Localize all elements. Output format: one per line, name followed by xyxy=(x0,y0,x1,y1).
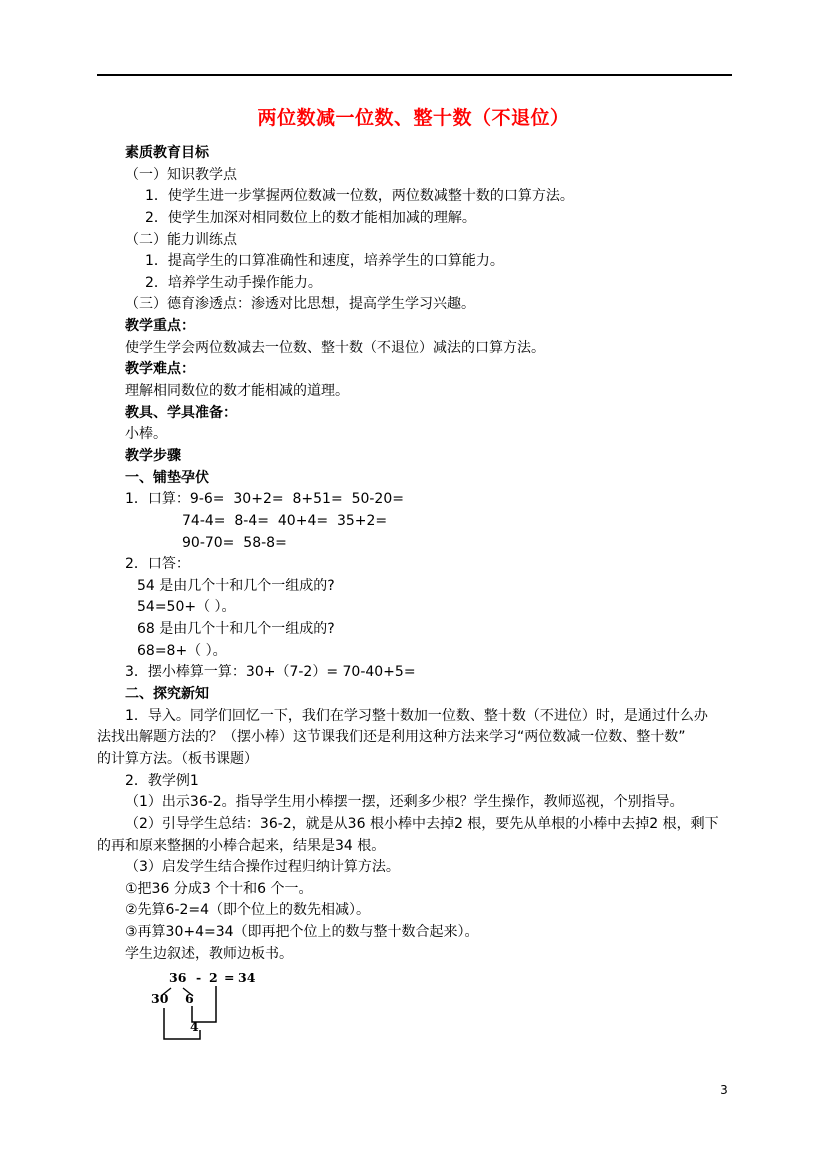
document-page: 两位数减一位数、整十数（不退位） 素质教育目标 （一）知识教学点 1．使学生进一… xyxy=(0,0,827,1170)
diagram-partial-result: 4 xyxy=(190,1021,199,1033)
doc-line: 2．口答： xyxy=(97,554,757,576)
diagram-ones-part: 6 xyxy=(185,993,194,1005)
doc-line: 2．培养学生动手操作能力。 xyxy=(97,273,757,295)
doc-line: 68 是由几个十和几个一组成的? xyxy=(97,619,757,641)
doc-line: 54 是由几个十和几个一组成的? xyxy=(97,576,757,598)
doc-line: 68=8+（ ）。 xyxy=(97,641,757,663)
doc-line: 的计算方法。（板书课题） xyxy=(97,749,757,771)
doc-line: ①把36 分成3 个十和6 个一。 xyxy=(97,879,757,901)
doc-line: （1）出示36-2。指导学生用小棒摆一摆，还剩多少根？学生操作，教师巡视，个别指… xyxy=(97,792,757,814)
doc-line: （二）能力训练点 xyxy=(97,230,757,252)
doc-line: 法找出解题方法的？（摆小棒）这节课我们还是利用这种方法来学习“两位数减一位数、整… xyxy=(97,727,757,749)
doc-line: （3）启发学生结合操作过程归纳计算方法。 xyxy=(97,857,757,879)
doc-line: 使学生学会两位数减去一位数、整十数（不退位）减法的口算方法。 xyxy=(97,338,757,360)
doc-line: （三）德育渗透点：渗透对比思想，提高学生学习兴趣。 xyxy=(97,294,757,316)
doc-line: 2．使学生加深对相同数位上的数才能相加减的理解。 xyxy=(97,208,757,230)
doc-line: 理解相同数位的数才能相减的道理。 xyxy=(97,381,757,403)
doc-line: 素质教育目标 xyxy=(97,143,757,165)
doc-line: 教学步骤 xyxy=(97,446,757,468)
doc-line: 1．使学生进一步掌握两位数减一位数，两位数减整十数的口算方法。 xyxy=(97,186,757,208)
doc-line: 学生边叙述，教师边板书。 xyxy=(97,944,757,966)
doc-line: 3．摆小棒算一算：30+（7-2）= 70-40+5= xyxy=(97,662,757,684)
number-bond-connector-lines xyxy=(97,966,287,1061)
page-title: 两位数减一位数、整十数（不退位） xyxy=(0,103,827,130)
doc-line: 小棒。 xyxy=(97,424,757,446)
doc-line: 1．导入。同学们回忆一下，我们在学习整十数加一位数、整十数（不进位）时，是通过什… xyxy=(97,706,757,728)
diagram-minus-sign: - xyxy=(196,972,201,984)
doc-line: 二、探究新知 xyxy=(97,684,757,706)
doc-line: 教学重点： xyxy=(97,316,757,338)
diagram-minuend: 36 xyxy=(169,972,186,984)
doc-line: 的再和原来整捆的小棒合起来，结果是34 根。 xyxy=(97,836,757,858)
number-bond-diagram: 36 - 2 = 34 30 6 4 xyxy=(97,966,287,1061)
page-number: 3 xyxy=(716,1083,732,1097)
doc-line: 教学难点： xyxy=(97,359,757,381)
header-divider-line xyxy=(97,74,732,76)
doc-line: （一）知识教学点 xyxy=(97,165,757,187)
document-body: 素质教育目标 （一）知识教学点 1．使学生进一步掌握两位数减一位数，两位数减整十… xyxy=(97,143,757,965)
doc-line: 一、铺垫孕伏 xyxy=(97,468,757,490)
doc-line: 1．口算：9-6= 30+2= 8+51= 50-20= xyxy=(97,489,757,511)
doc-line: 教具、学具准备： xyxy=(97,403,757,425)
doc-line: ②先算6-2=4（即个位上的数先相减）。 xyxy=(97,900,757,922)
diagram-equals-sign: = xyxy=(224,972,234,984)
diagram-result: 34 xyxy=(238,972,255,984)
doc-line: 74-4= 8-4= 40+4= 35+2= xyxy=(97,511,757,533)
diagram-tens-part: 30 xyxy=(151,993,168,1005)
doc-line: 90-70= 58-8= xyxy=(97,533,757,555)
doc-line: （2）引导学生总结：36-2，就是从36 根小棒中去掉2 根，要先从单根的小棒中… xyxy=(97,814,757,836)
doc-line: ③再算30+4=34（即再把个位上的数与整十数合起来）。 xyxy=(97,922,757,944)
doc-line: 2．教学例1 xyxy=(97,771,757,793)
doc-line: 1．提高学生的口算准确性和速度，培养学生的口算能力。 xyxy=(97,251,757,273)
diagram-subtrahend: 2 xyxy=(209,972,218,984)
doc-line: 54=50+（ ）。 xyxy=(97,597,757,619)
